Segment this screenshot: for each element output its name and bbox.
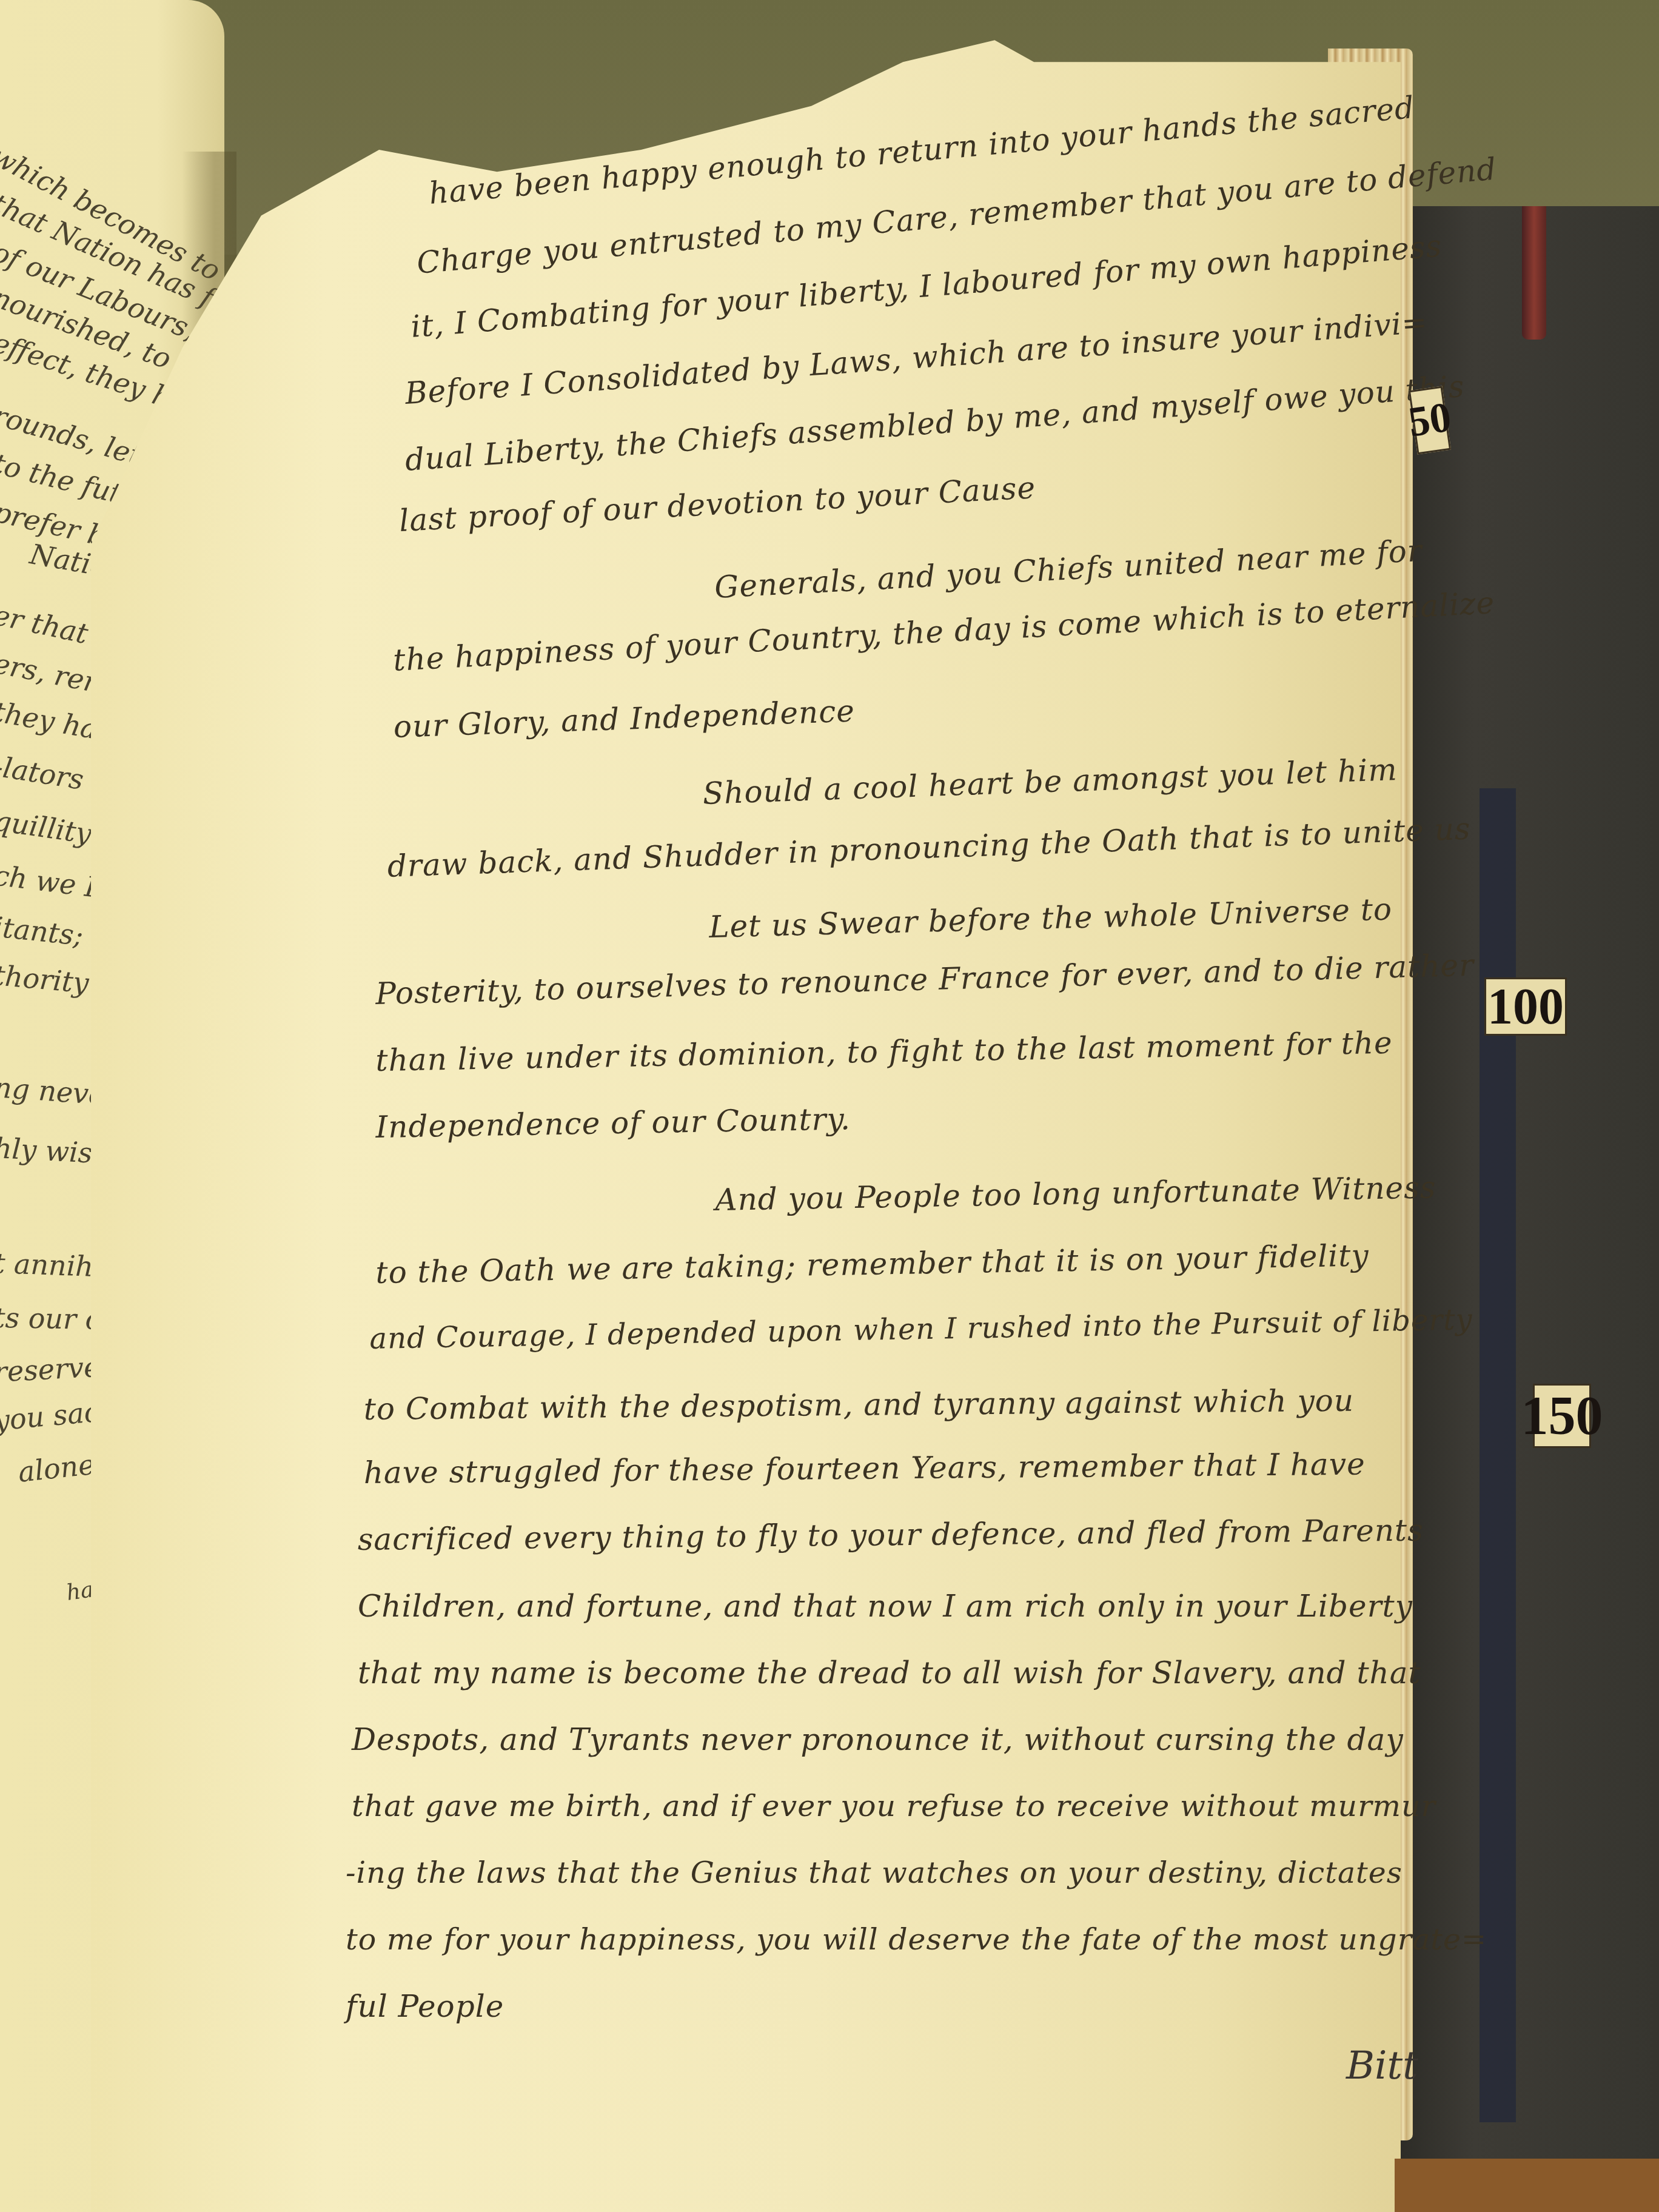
manuscript-line: that my name is become the dread to all … xyxy=(358,1655,1421,1691)
manuscript-line: Despots, and Tyrants never pronounce it,… xyxy=(352,1722,1404,1757)
book-base xyxy=(1395,2159,1659,2212)
manuscript-line: that gave me birth, and if ever you refu… xyxy=(352,1789,1436,1823)
manuscript-line: ful People xyxy=(346,1989,504,2024)
page-tab-150[interactable]: 150 xyxy=(1533,1384,1591,1448)
manuscript-line: Children, and fortune, and that now I am… xyxy=(358,1589,1413,1624)
page-tab-100[interactable]: 100 xyxy=(1484,977,1567,1036)
signature: Bitt xyxy=(1346,2043,1418,2088)
book-cover xyxy=(1395,206,1659,2212)
manuscript-line: -ing the laws that the Genius that watch… xyxy=(346,1855,1403,1890)
page-tab-50[interactable]: 50 xyxy=(1409,386,1451,455)
manuscript-line: to me for your happiness, you will deser… xyxy=(346,1922,1487,1957)
bookmark-ribbon xyxy=(1522,206,1546,340)
